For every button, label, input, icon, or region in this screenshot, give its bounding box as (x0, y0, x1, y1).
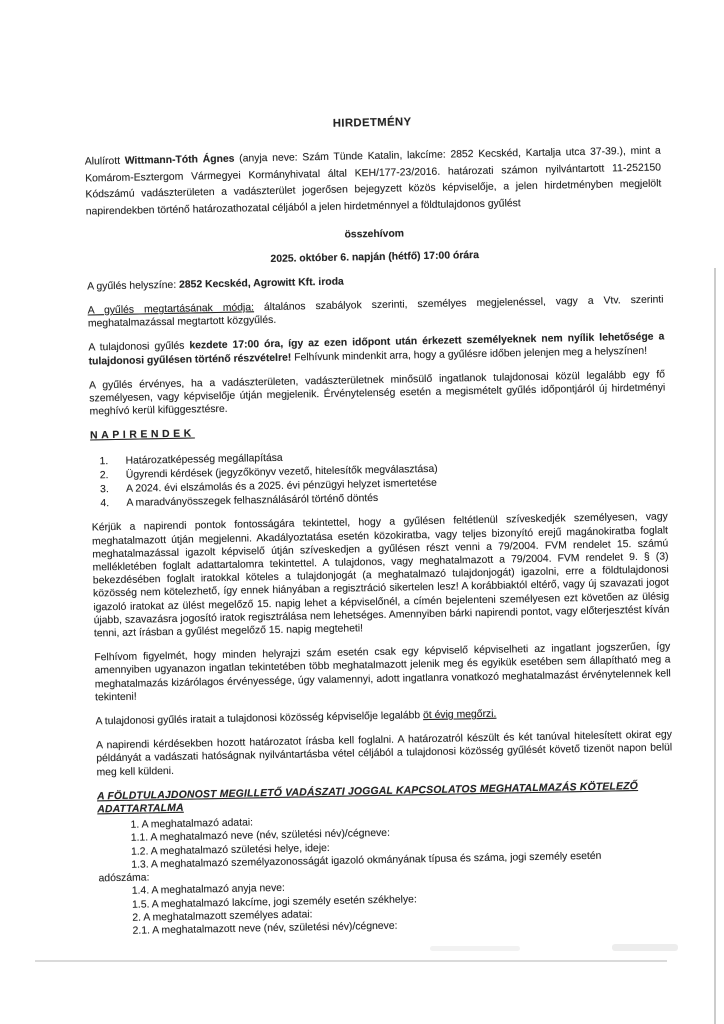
mode-label: A gyűlés megtartásának módja: (88, 302, 254, 316)
resolution-paragraph: A napirendi kérdésekben hozott határozat… (96, 729, 673, 780)
agenda-item-number: 2. (91, 469, 126, 483)
agenda-item-number: 3. (91, 483, 126, 497)
attendance-request-paragraph: Kérjük a napirendi pontok fontosságára t… (92, 511, 670, 641)
retention-pre: A tulajdonosi gyűlés iratait a tulajdono… (95, 710, 423, 727)
meeting-datetime: 2025. október 6. napján (hétfő) 17:00 ór… (87, 245, 663, 269)
document-title: HIRDETMÉNY (84, 110, 660, 135)
scanned-document-page: HIRDETMÉNY Alulírott Wittmann-Tóth Ágnes… (0, 0, 724, 1024)
scan-artifact-page-edge (714, 268, 716, 1024)
venue-line: A gyűlés helyszíne: 2852 Kecskéd, Agrowi… (87, 269, 663, 293)
agenda-list: 1.Határozatképesség megállapítása 2.Ügyr… (90, 444, 667, 511)
agenda-heading: NAPIRENDEK (90, 419, 666, 443)
mode-paragraph: A gyűlés megtartásának módja: általános … (88, 293, 664, 330)
scan-artifact-horizontal-line (35, 960, 667, 962)
validity-paragraph: A gyűlés érvényes, ha a vadászterületen,… (89, 368, 666, 419)
retention-underlined: öt évig megőrzi. (423, 709, 497, 721)
intro-paragraph: Alulírott Wittmann-Tóth Ágnes (anyja nev… (85, 143, 662, 220)
intro-pre: Alulírott (85, 156, 125, 168)
scan-smudge (430, 946, 520, 951)
venue-value: 2852 Kecskéd, Agrowitt Kft. iroda (179, 276, 344, 290)
agenda-item-number: 4. (91, 497, 126, 511)
start-time-paragraph: A tulajdonosi gyűlés kezdete 17:00 óra, … (88, 331, 664, 368)
representative-name: Wittmann-Tóth Ágnes (125, 154, 235, 167)
convene-line: összehívom (86, 223, 662, 247)
start-pre: A tulajdonosi gyűlés (88, 341, 189, 354)
mandatory-content-list: 1. A meghatalmazó adatai: 1.1. A meghata… (97, 809, 675, 939)
scan-smudge (612, 944, 678, 951)
document-body: HIRDETMÉNY Alulírott Wittmann-Tóth Ágnes… (84, 110, 676, 938)
venue-label: A gyűlés helyszíne: (87, 280, 179, 293)
proxy-notice-paragraph: Felhívom figyelmét, hogy minden helyrajz… (94, 641, 671, 705)
agenda-item-number: 1. (90, 454, 125, 468)
retention-paragraph: A tulajdonosi gyűlés iratait a tulajdono… (95, 704, 671, 728)
